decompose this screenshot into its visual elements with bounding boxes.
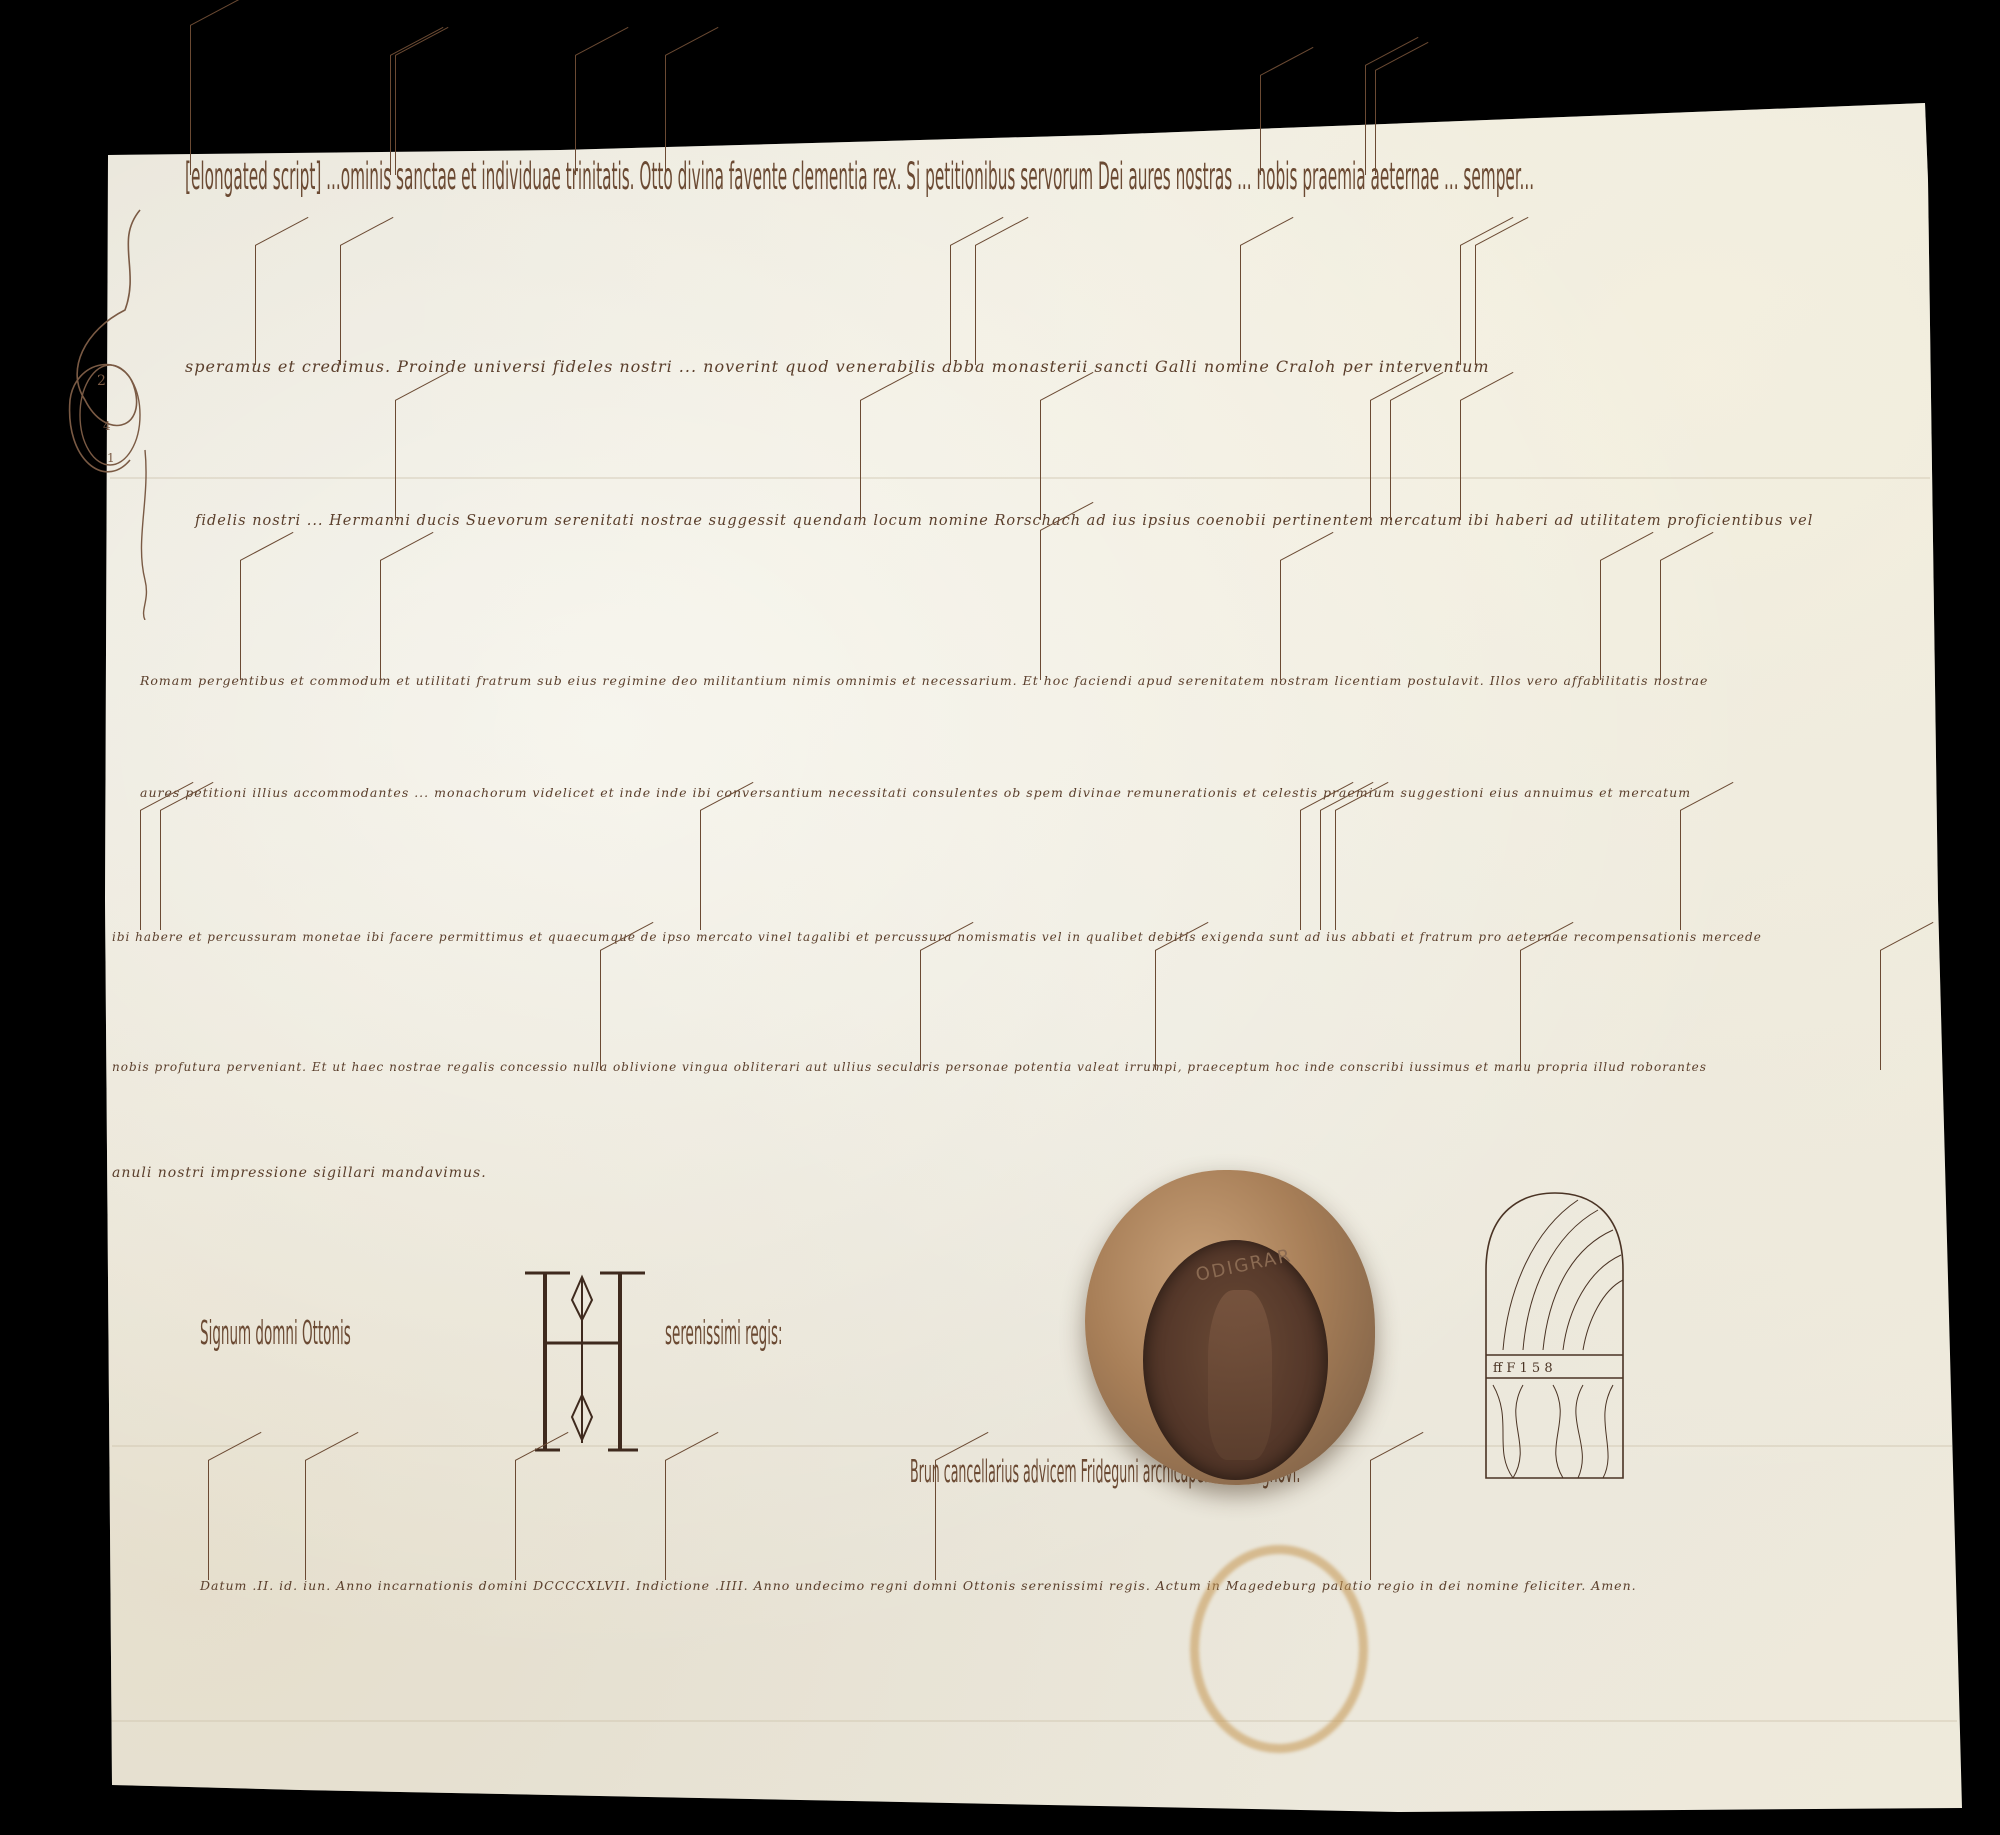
svg-text:2: 2	[97, 373, 106, 389]
fold-line	[112, 1445, 1952, 1447]
recognition-sign-sketch-icon: ff F 1 5 8	[1483, 1190, 1628, 1480]
fold-line	[112, 1720, 1957, 1722]
ascenders	[180, 400, 1780, 520]
svg-text:ff F 1 5 8: ff F 1 5 8	[1493, 1361, 1553, 1376]
ascenders	[180, 245, 1780, 365]
water-stain-ring	[1190, 1545, 1368, 1753]
text-line-8: anuli nostri impressione sigillari manda…	[112, 1165, 487, 1181]
svg-text:1: 1	[107, 451, 115, 465]
ascenders	[200, 1460, 1700, 1580]
monogram-caption: serenissimi regis:	[665, 1313, 783, 1353]
ascenders	[120, 810, 1720, 930]
ascenders	[120, 950, 1720, 1070]
seal-ruler-bust-icon	[1208, 1290, 1272, 1460]
dating-line: Datum .II. id. iun. Anno incarnationis d…	[200, 1578, 1637, 1593]
text-line-5: aures petitioni illius accommodantes ...…	[140, 785, 1691, 800]
signum-line: Signum domni Ottonis	[200, 1313, 351, 1353]
svg-text:4: 4	[103, 419, 111, 433]
marginal-chrismon-icon: 2 4 1	[45, 200, 165, 620]
ascenders	[180, 55, 1780, 175]
monogram-icon	[520, 1265, 650, 1460]
ascenders	[180, 560, 1780, 680]
